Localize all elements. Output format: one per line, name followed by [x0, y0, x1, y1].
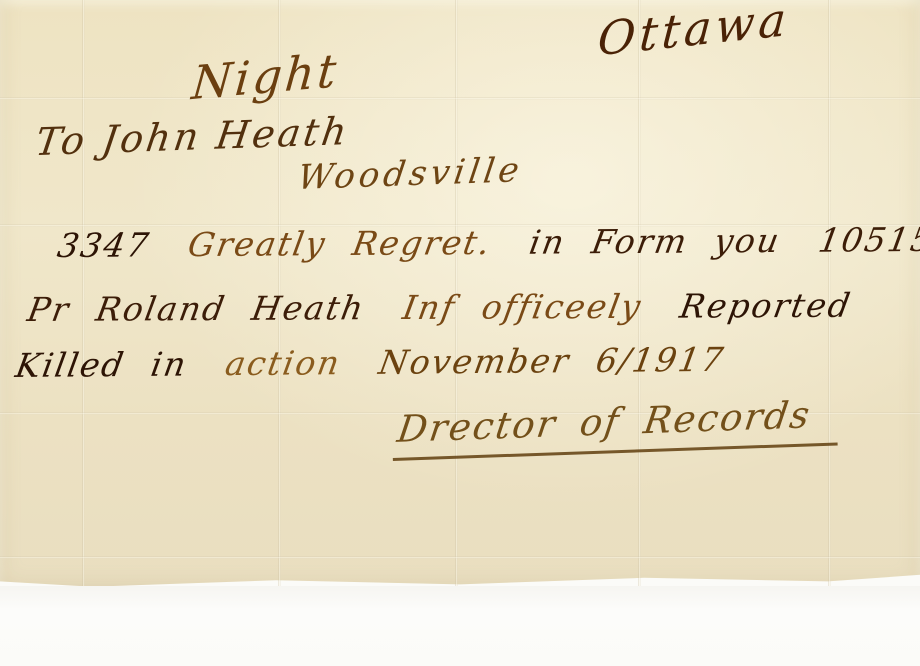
unit-officially: Inf officeely: [400, 287, 645, 327]
regret-phrase: Greatly Regret.: [185, 223, 494, 264]
message-number: 3347: [55, 225, 154, 265]
scanner-background: [0, 586, 920, 666]
action-word: action: [223, 343, 345, 383]
soldier-name: Pr Roland Heath: [25, 288, 368, 329]
service-number: 105153: [816, 220, 920, 260]
message-line-2: Pr Roland Heath Inf officeely Reported: [28, 286, 852, 329]
reported-word: Reported: [677, 286, 855, 326]
inform-phrase: in Form you: [527, 221, 784, 262]
destination-text: Woodsville: [295, 150, 525, 198]
message-line-3: Killed in action November 6/1917: [16, 340, 725, 385]
message-line-1: 3347 Greatly Regret. in Form you 105153: [58, 220, 920, 265]
killed-phrase: Killed in: [13, 344, 191, 385]
scanned-telegram-image: Ottawa Night To John Heath Woodsville 33…: [0, 0, 920, 666]
destination-line: Woodsville: [297, 150, 523, 198]
date-text: November 6/1917: [376, 340, 728, 382]
